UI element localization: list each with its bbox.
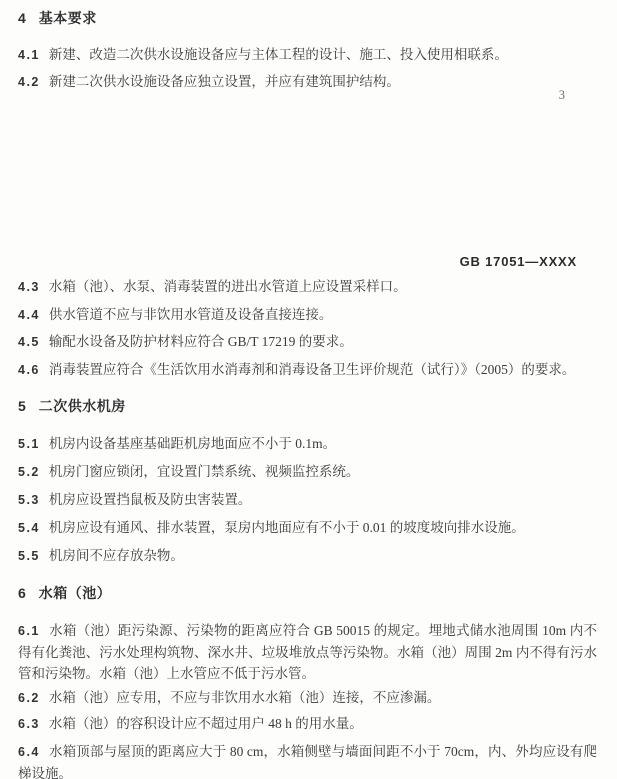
clause-5-4-text: 机房应设有通风、排水装置，泵房内地面应有不小于 0.01 的坡度坡向排水设施。 <box>49 520 525 535</box>
running-header-standard-code: GB 17051—XXXX <box>460 254 577 269</box>
clause-4-4: 4.4供水管道不应与非饮用水管道及设备直接连接。 <box>18 304 597 326</box>
clause-6-4-number: 6.4 <box>18 745 40 759</box>
clause-6-3-text: 水箱（池）的容积设计应不超过用户 48 h 的用水量。 <box>49 716 363 731</box>
clause-5-3-number: 5.3 <box>18 493 40 507</box>
clause-4-3: 4.3水箱（池）、水泵、消毒装置的进出水管道上应设置采样口。 <box>18 276 597 298</box>
clause-6-1-text: 水箱（池）距污染源、污染物的距离应符合 GB 50015 的规定。埋地式储水池周… <box>18 623 597 681</box>
clause-5-4: 5.4机房应设有通风、排水装置，泵房内地面应有不小于 0.01 的坡度坡向排水设… <box>18 517 597 539</box>
section-5-heading: 5二次供水机房 <box>18 396 597 417</box>
clause-6-4-text: 水箱顶部与屋顶的距离应大于 80 cm，水箱侧壁与墙面间距不小于 70cm，内、… <box>18 744 597 779</box>
clause-4-2: 4.2新建二次供水设施设备应独立设置，并应有建筑围护结构。 <box>18 71 597 93</box>
clause-5-2-text: 机房门窗应锁闭，宜设置门禁系统、视频监控系统。 <box>49 464 360 479</box>
clause-6-3-number: 6.3 <box>18 717 40 731</box>
clause-4-4-text: 供水管道不应与非饮用水管道及设备直接连接。 <box>49 307 333 322</box>
clause-4-4-number: 4.4 <box>18 308 40 322</box>
clause-6-1-number: 6.1 <box>18 624 40 638</box>
clause-5-5-number: 5.5 <box>18 549 40 563</box>
clause-4-1-text: 新建、改造二次供水设施设备应与主体工程的设计、施工、投入使用相联系。 <box>49 47 508 62</box>
clause-5-3-text: 机房应设置挡鼠板及防虫害装置。 <box>49 492 252 507</box>
clause-4-6-number: 4.6 <box>18 363 40 377</box>
clause-5-1-number: 5.1 <box>18 437 40 451</box>
clause-5-5: 5.5机房间不应存放杂物。 <box>18 545 597 567</box>
section-4-heading: 4基本要求 <box>18 8 597 29</box>
section-4-number: 4 <box>18 10 26 26</box>
section-6-heading: 6水箱（池） <box>18 583 597 604</box>
clause-5-3: 5.3机房应设置挡鼠板及防虫害装置。 <box>18 489 597 511</box>
clause-4-5-number: 4.5 <box>18 335 40 349</box>
clause-4-3-number: 4.3 <box>18 280 40 294</box>
section-6-number: 6 <box>18 585 26 601</box>
clause-6-2-text: 水箱（池）应专用，不应与非饮用水水箱（池）连接，不应渗漏。 <box>49 690 441 705</box>
clause-6-2: 6.2水箱（池）应专用，不应与非饮用水水箱（池）连接，不应渗漏。 <box>18 687 597 709</box>
clause-4-6: 4.6消毒装置应符合《生活饮用水消毒剂和消毒设备卫生评价规范（试行）》（2005… <box>18 359 597 381</box>
clause-5-1: 5.1机房内设备基座基础距机房地面应不小于 0.1m。 <box>18 433 597 455</box>
clause-5-4-number: 5.4 <box>18 521 40 535</box>
clause-5-5-text: 机房间不应存放杂物。 <box>49 548 184 563</box>
clause-6-1: 6.1水箱（池）距污染源、污染物的距离应符合 GB 50015 的规定。埋地式储… <box>18 620 597 684</box>
clause-4-3-text: 水箱（池）、水泵、消毒装置的进出水管道上应设置采样口。 <box>49 279 407 294</box>
section-6-title: 水箱（池） <box>39 585 112 601</box>
section-5-title: 二次供水机房 <box>39 398 126 414</box>
clause-4-2-number: 4.2 <box>18 75 40 89</box>
clause-6-2-number: 6.2 <box>18 691 40 705</box>
page-number: 3 <box>559 88 565 103</box>
clause-4-5-text: 输配水设备及防护材料应符合 GB/T 17219 的要求。 <box>49 334 353 349</box>
clause-5-1-text: 机房内设备基座基础距机房地面应不小于 0.1m。 <box>49 436 336 451</box>
section-5-number: 5 <box>18 398 26 414</box>
clause-4-5: 4.5输配水设备及防护材料应符合 GB/T 17219 的要求。 <box>18 331 597 353</box>
clause-6-3: 6.3水箱（池）的容积设计应不超过用户 48 h 的用水量。 <box>18 713 597 735</box>
section-4-title: 基本要求 <box>39 10 97 26</box>
clause-4-2-text: 新建二次供水设施设备应独立设置，并应有建筑围护结构。 <box>49 74 400 89</box>
clause-6-4: 6.4水箱顶部与屋顶的距离应大于 80 cm，水箱侧壁与墙面间距不小于 70cm… <box>18 741 597 779</box>
document-page: 4基本要求 4.1新建、改造二次供水设施设备应与主体工程的设计、施工、投入使用相… <box>0 0 617 779</box>
clause-4-1-number: 4.1 <box>18 48 40 62</box>
clause-5-2: 5.2机房门窗应锁闭，宜设置门禁系统、视频监控系统。 <box>18 461 597 483</box>
clause-4-1: 4.1新建、改造二次供水设施设备应与主体工程的设计、施工、投入使用相联系。 <box>18 44 597 66</box>
clause-4-6-text: 消毒装置应符合《生活饮用水消毒剂和消毒设备卫生评价规范（试行）》（2005）的要… <box>49 362 576 377</box>
clause-5-2-number: 5.2 <box>18 465 40 479</box>
